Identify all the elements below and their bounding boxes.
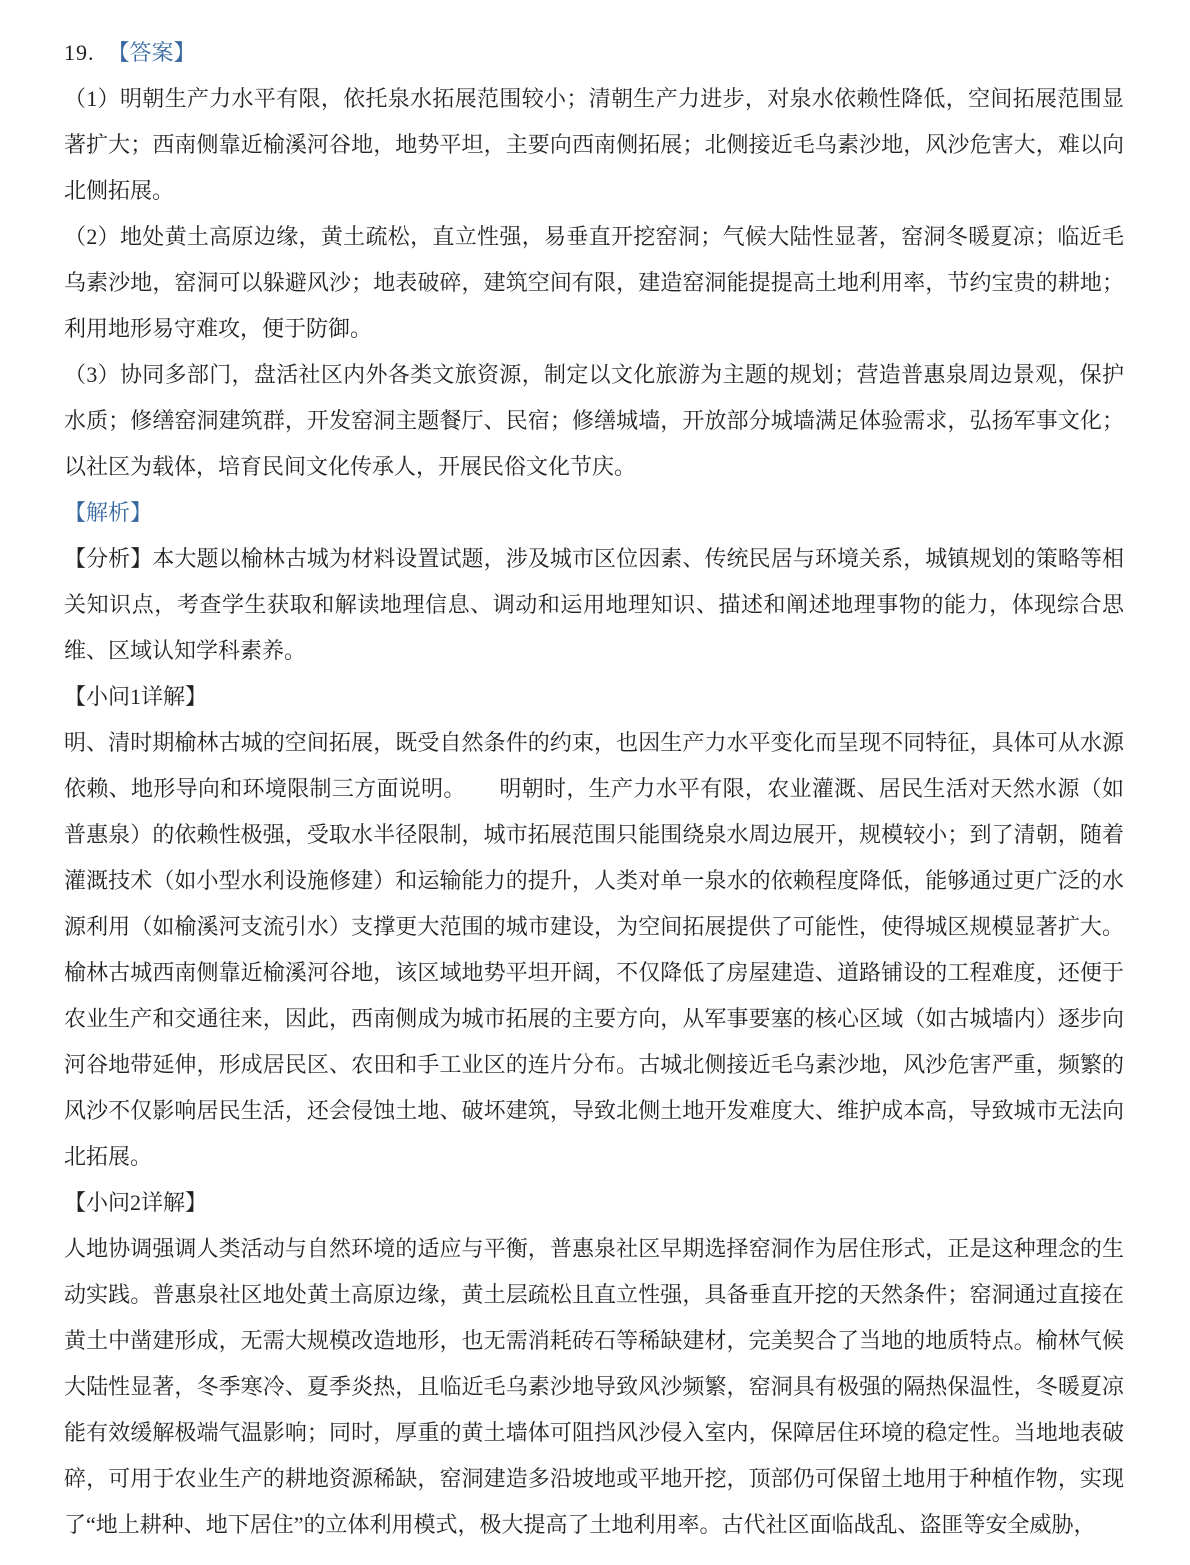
answer-item-3: （3）协同多部门，盘活社区内外各类文旅资源，制定以文化旅游为主题的规划；营造普惠… — [64, 352, 1124, 490]
answer-item-1: （1）明朝生产力水平有限，依托泉水拓展范围较小；清朝生产力进步，对泉水依赖性降低… — [64, 76, 1124, 214]
answer-heading: 19.【答案】 — [64, 30, 1124, 76]
subquestion-2-body: 人地协调强调人类活动与自然环境的适应与平衡，普惠泉社区早期选择窑洞作为居住形式，… — [64, 1226, 1124, 1548]
subquestion-1-body: 明、清时期榆林古城的空间拓展，既受自然条件的约束，也因生产力水平变化而呈现不同特… — [64, 720, 1124, 1180]
subquestion-2-heading: 【小问2详解】 — [64, 1180, 1124, 1226]
answer-item-2: （2）地处黄土高原边缘，黄土疏松，直立性强，易垂直开挖窑洞；气候大陆性显著，窑洞… — [64, 214, 1124, 352]
document-page: 19.【答案】 （1）明朝生产力水平有限，依托泉水拓展范围较小；清朝生产力进步，… — [0, 0, 1190, 1565]
analysis-paragraph: 【分析】本大题以榆林古城为材料设置试题，涉及城市区位因素、传统民居与环境关系，城… — [64, 536, 1124, 674]
subquestion-1-heading: 【小问1详解】 — [64, 674, 1124, 720]
answer-label: 【答案】 — [108, 40, 196, 65]
analysis-heading: 【解析】 — [64, 490, 1124, 536]
question-number: 19. — [64, 40, 95, 65]
